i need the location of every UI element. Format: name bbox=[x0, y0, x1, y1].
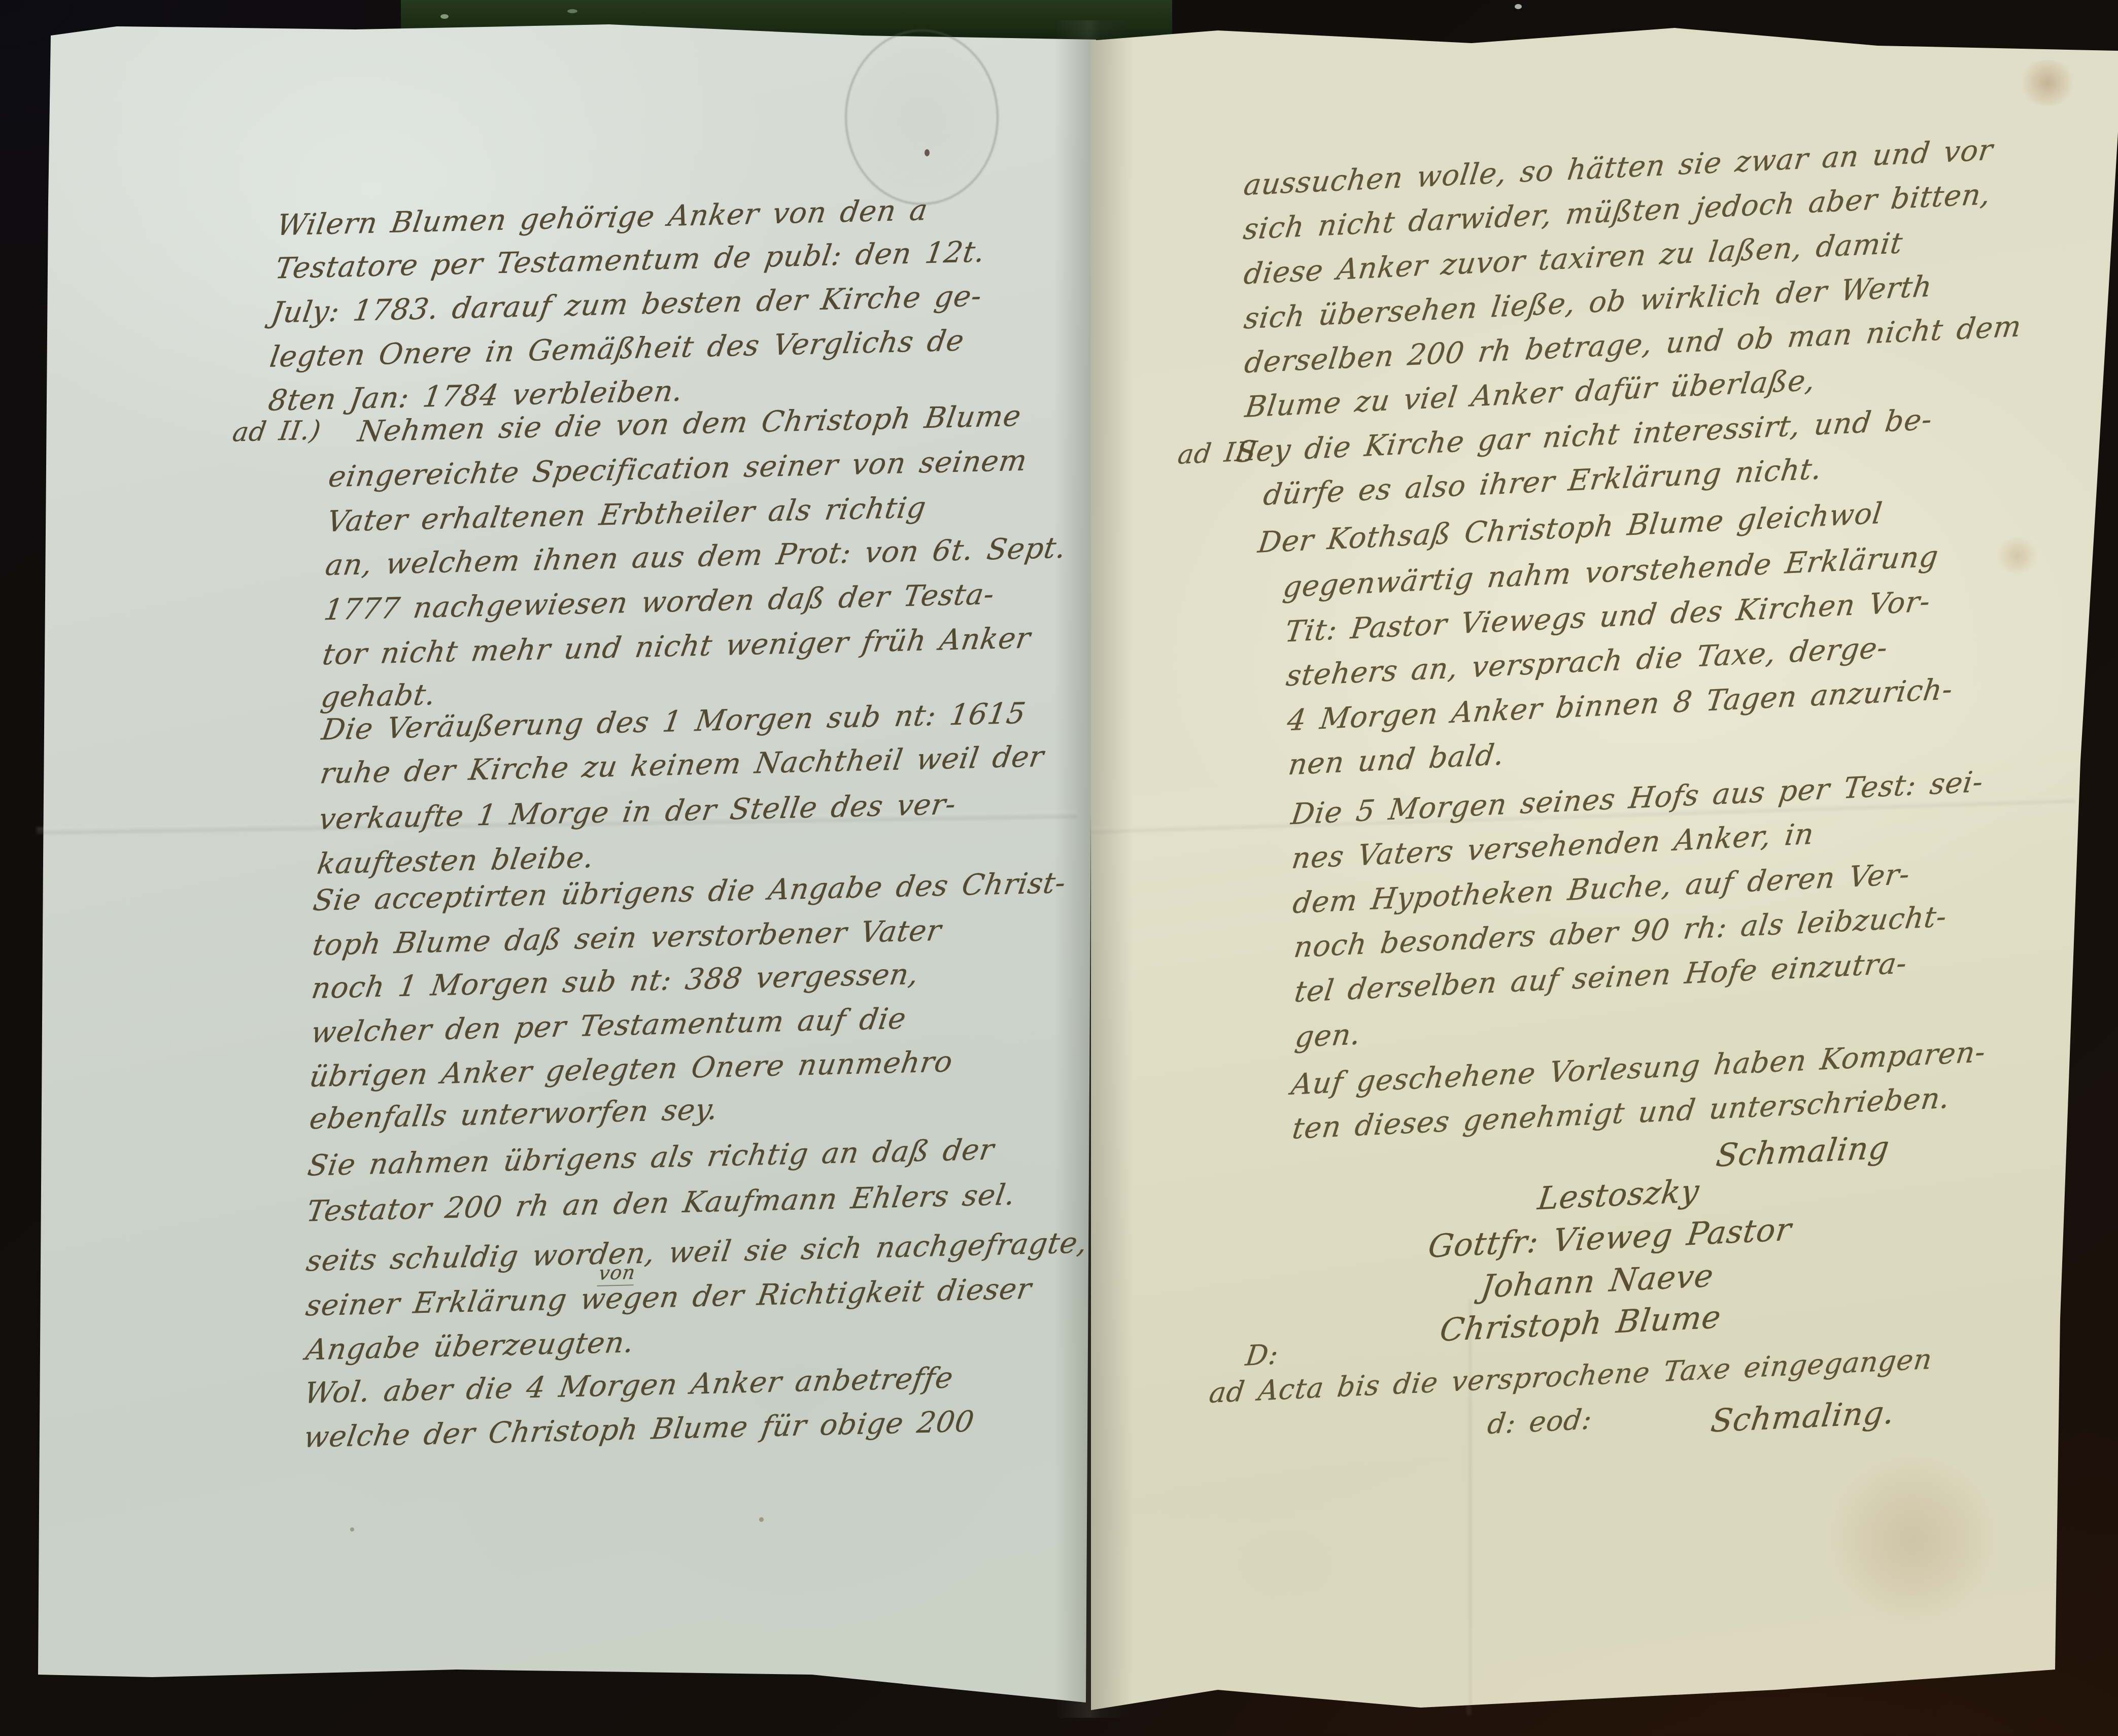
manuscript-line: Sie nahmen übrigens als richtig an daß d… bbox=[305, 1133, 997, 1182]
foxing-speck bbox=[350, 1527, 354, 1531]
signature-christoph-blume: Christoph Blume bbox=[1438, 1298, 1723, 1349]
manuscript-line: gehabt. bbox=[319, 678, 438, 714]
photographed-manuscript: { "document": { "kind": "handwritten man… bbox=[0, 0, 2118, 1736]
cloth-speck bbox=[567, 9, 577, 13]
ink-speck bbox=[925, 149, 930, 156]
postscript-signature-schmaling: Schmaling. bbox=[1709, 1393, 1897, 1440]
manuscript-line: nen und bald. bbox=[1286, 738, 1507, 782]
manuscript-line: seits schuldig worden, weil sie sich nac… bbox=[304, 1226, 1090, 1278]
manuscript-line: kauftesten bleibe. bbox=[315, 841, 597, 881]
manuscript-line: July: 1783. darauf zum besten der Kirche… bbox=[269, 279, 984, 329]
manuscript-line: Wol. aber die 4 Morgen Anker anbetreffe bbox=[302, 1361, 955, 1410]
manuscript-line: übrigen Anker gelegten Onere nunmehro bbox=[308, 1045, 955, 1094]
paper-stain bbox=[2017, 60, 2078, 106]
margin-label-ad-ii: ad II.) bbox=[230, 415, 323, 448]
cloth-speck bbox=[440, 14, 449, 19]
manuscript-line: tor nicht mehr und nicht weniger früh An… bbox=[320, 621, 1033, 671]
postscript-date-mark: d: eod: bbox=[1486, 1403, 1594, 1440]
manuscript-line: eingereichte Specification seiner von se… bbox=[326, 444, 1030, 494]
cloth-speck bbox=[1515, 4, 1522, 9]
manuscript-line: Vater erhaltenen Erbtheiler als richtig bbox=[325, 491, 929, 538]
signature-schmaling: Schmaling bbox=[1714, 1129, 1892, 1174]
signature-vieweg-pastor: Gottfr: Vieweg Pastor bbox=[1426, 1210, 1794, 1265]
manuscript-line: seiner Erklärung wegen der Richtigkeit d… bbox=[303, 1272, 1034, 1323]
manuscript-line: Testatore per Testamentum de publ: den 1… bbox=[273, 235, 987, 285]
foxing-speck bbox=[759, 1517, 764, 1522]
manuscript-line: ebenfalls unterworfen sey. bbox=[308, 1093, 721, 1136]
manuscript-line: welche der Christoph Blume für obige 200 bbox=[301, 1405, 976, 1454]
left-page-text-block: ad II.) Wilern Blumen gehörige Anker von… bbox=[238, 180, 1142, 1499]
signature-johann-naeve: Johann Naeve bbox=[1479, 1257, 1716, 1305]
stamp-impression-icon bbox=[845, 29, 999, 205]
manuscript-line: legten Onere in Gemäßheit des Verglichs … bbox=[267, 324, 967, 373]
postscript-decretum-mark: D: bbox=[1244, 1338, 1281, 1372]
signature-lestoszky: Lestoszky bbox=[1535, 1172, 1701, 1217]
manuscript-line: gen. bbox=[1293, 1017, 1362, 1054]
right-page-text-block: aussuchen wolle, so hätten sie zwar an u… bbox=[1213, 127, 2118, 1498]
manuscript-line: welcher den per Testamentum auf die bbox=[309, 1002, 909, 1049]
manuscript-line: Angabe überzeugten. bbox=[303, 1325, 636, 1367]
manuscript-line: toph Blume daß sein verstorbener Vater bbox=[311, 914, 944, 962]
manuscript-line: Wilern Blumen gehörige Anker von den a bbox=[275, 193, 930, 242]
paper-stain bbox=[1827, 1454, 1999, 1626]
manuscript-line: an, welchem ihnen aus dem Prot: von 6t. … bbox=[323, 531, 1069, 583]
manuscript-line: verkaufte 1 Morge in der Stelle des ver- bbox=[317, 788, 959, 836]
manuscript-line: Testator 200 rh an den Kaufmann Ehlers s… bbox=[304, 1178, 1018, 1228]
manuscript-line: 1777 nachgewiesen worden daß der Testa- bbox=[322, 577, 997, 627]
manuscript-line: ruhe der Kirche zu keinem Nachtheil weil… bbox=[318, 740, 1046, 791]
manuscript-line: noch 1 Morgen sub nt: 388 vergessen, bbox=[310, 958, 921, 1005]
